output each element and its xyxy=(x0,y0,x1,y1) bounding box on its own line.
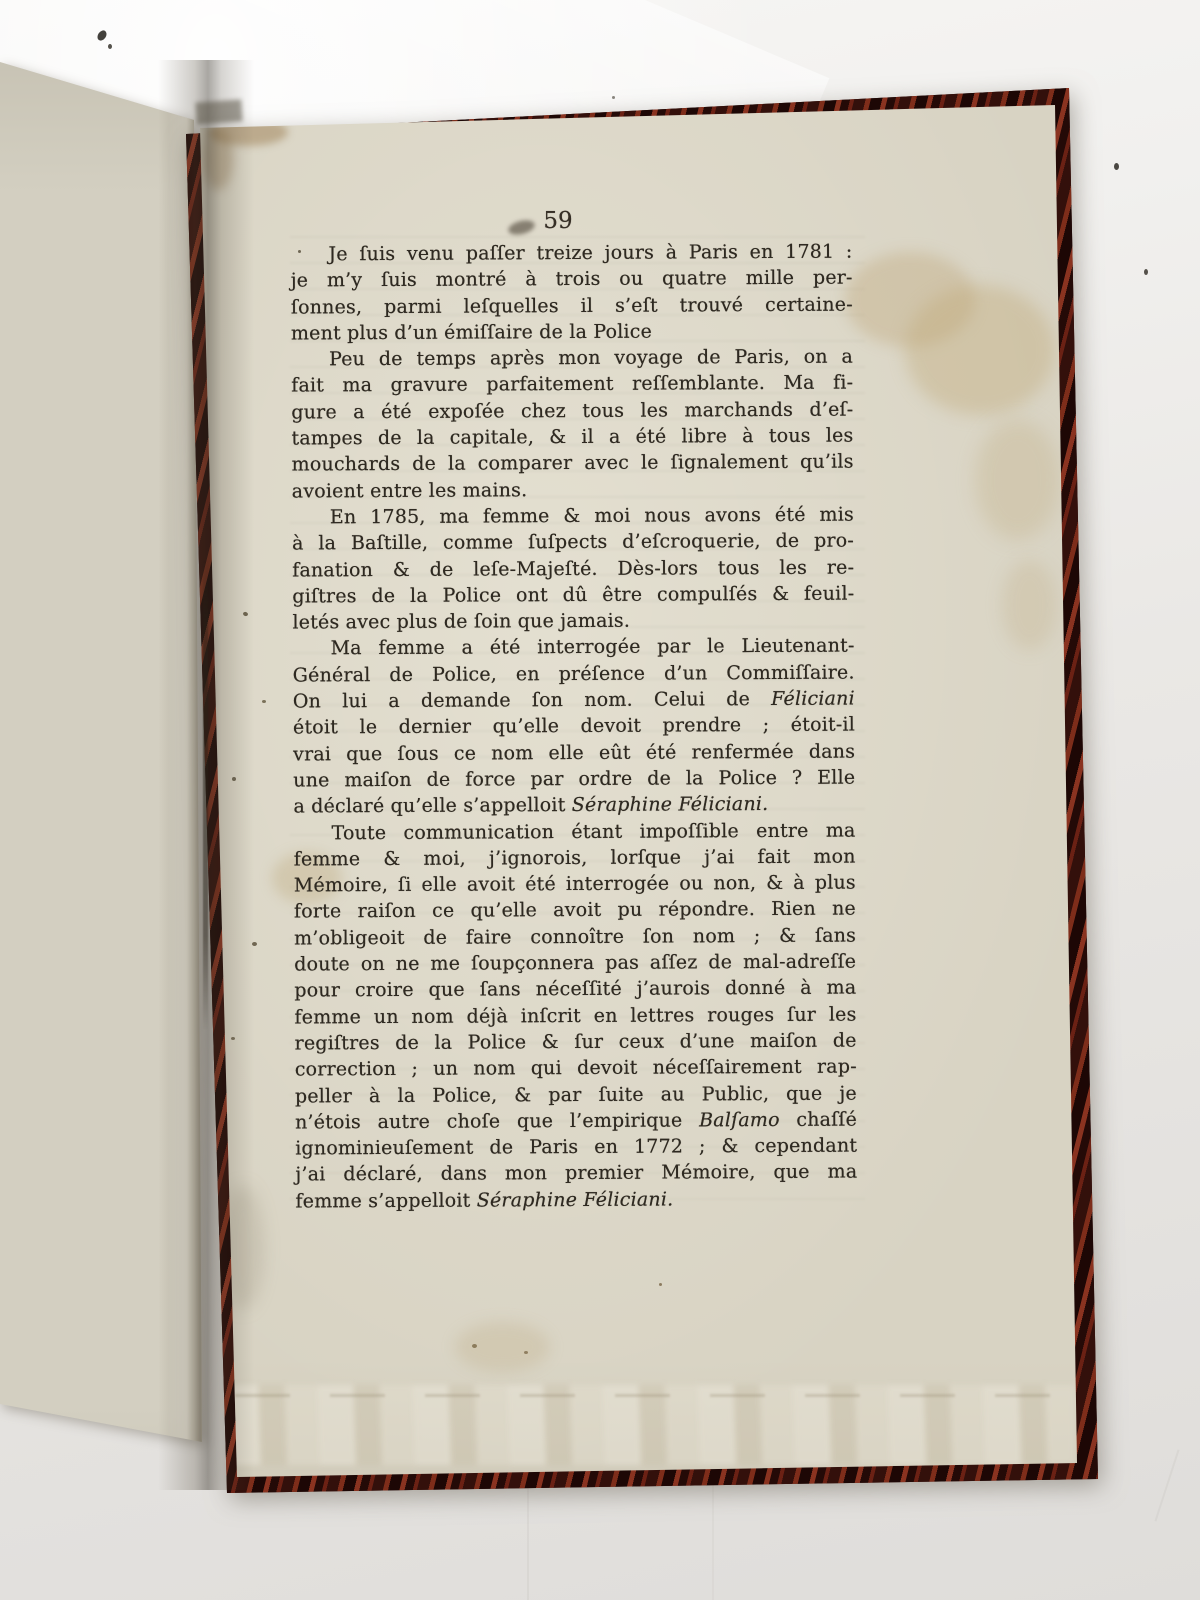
text-line: femme un nom déjà inſcrit en lettres rou… xyxy=(294,1001,856,1030)
text-segment: giſtres de la Police ont dû être compulſ… xyxy=(292,582,854,607)
stain xyxy=(905,285,1055,415)
paper-fleck xyxy=(524,1351,528,1354)
text-line: je m’y ſuis montré à trois ou quatre mil… xyxy=(291,265,853,294)
text-segment: Général de Police, en préſence d’un Comm… xyxy=(293,661,855,686)
text-segment: Toute communication étant impoſſible ent… xyxy=(331,819,855,844)
paper-fleck xyxy=(242,611,248,616)
text-segment: à la Baſtille, comme ſuſpects d’eſcroque… xyxy=(292,530,854,555)
paper-fleck xyxy=(231,1037,235,1040)
gutter-top-gap xyxy=(195,99,242,124)
text-line: vrai que ſous ce nom elle eût été renfer… xyxy=(293,738,855,767)
text-line: gure a été expoſée chez tous les marchan… xyxy=(291,396,853,425)
text-segment: étoit le dernier qu’elle devoit prendre … xyxy=(293,714,855,739)
text-line: ſonnes, parmi leſquelles il s’eſt trouvé… xyxy=(291,291,853,320)
corner-smudge xyxy=(203,128,233,190)
paper-fleck xyxy=(252,942,257,946)
text-segment: femme s’appelloit xyxy=(295,1189,476,1212)
text-line: ignominieuſement de Paris en 1772 ; & ce… xyxy=(295,1133,857,1162)
text-line: tampes de la capitale, & il a été libre … xyxy=(291,423,853,452)
text-line: j’ai déclaré, dans mon premier Mémoire, … xyxy=(295,1159,857,1188)
text-line: femme & moi, j’ignorois, lorſque j’ai fa… xyxy=(294,843,856,872)
text-segment: fait ma gravure parfaitement reſſemblant… xyxy=(291,372,853,397)
text-segment: j’ai déclaré, dans mon premier Mémoire, … xyxy=(295,1161,857,1186)
text-line: Mémoire, ſi elle avoit été interrogée ou… xyxy=(294,870,856,899)
text-segment: ment plus d’un émiſſaire de la Police xyxy=(291,320,652,344)
book-wrap: 59 Je ſuis venu paſſer treize jours à Pa… xyxy=(0,0,1200,1600)
italic-text: Séraphine Féliciani. xyxy=(477,1188,674,1211)
text-line: Toute communication étant impoſſible ent… xyxy=(293,817,855,846)
text-segment: m’obligeoit de faire connoître ſon nom ;… xyxy=(294,924,856,949)
text-segment: correction ; un nom qui devoit néceſſair… xyxy=(295,1056,857,1081)
text-line: peller à la Police, & par ſuite au Publi… xyxy=(295,1080,857,1109)
italic-text: Balſamo xyxy=(699,1109,780,1131)
paper-fleck xyxy=(659,1283,662,1286)
text-line: a déclaré qu’elle s’appelloit Séraphine … xyxy=(293,791,855,820)
text-segment: peller à la Police, & par ſuite au Publi… xyxy=(295,1082,857,1107)
text-line: une maiſon de force par ordre de la Poli… xyxy=(293,764,855,793)
text-line: Ma femme a été interrogée par le Lieuten… xyxy=(293,633,855,662)
text-line: correction ; un nom qui devoit néceſſair… xyxy=(295,1054,857,1083)
text-segment: Mémoire, ſi elle avoit été interrogée ou… xyxy=(294,872,856,897)
text-segment: vrai que ſous ce nom elle eût été renfer… xyxy=(293,740,855,765)
text-line: fait ma gravure parfaitement reſſemblant… xyxy=(291,370,853,399)
text-segment: a déclaré qu’elle s’appelloit xyxy=(293,794,571,817)
text-segment: femme un nom déjà inſcrit en lettres rou… xyxy=(294,1003,856,1028)
italic-text: Féliciani xyxy=(771,688,855,710)
stain xyxy=(455,1322,550,1372)
stain xyxy=(975,420,1060,540)
text-segment: ſonnes, parmi leſquelles il s’eſt trouvé… xyxy=(291,293,853,318)
text-segment: regiſtres de la Police & ſur ceux d’une … xyxy=(295,1029,857,1054)
stain xyxy=(1002,560,1057,650)
photograph-of-antique-book: & très-certainementchoix des moyens.ins … xyxy=(0,0,1200,1600)
text-segment: femme & moi, j’ignorois, lorſque j’ai fa… xyxy=(294,845,856,870)
text-line: doute on ne me ſoupçonnera pas aſſez de … xyxy=(294,949,856,978)
book-page-59: 59 Je ſuis venu paſſer treize jours à Pa… xyxy=(0,0,1200,1600)
text-segment: doute on ne me ſoupçonnera pas aſſez de … xyxy=(294,951,856,976)
text-segment: On lui a demande ſon nom. Celui de xyxy=(293,688,771,713)
text-segment: pour croire que ſans néceſſité j’aurois … xyxy=(294,977,856,1002)
text-line: giſtres de la Police ont dû être compulſ… xyxy=(292,580,854,609)
text-line: étoit le dernier qu’elle devoit prendre … xyxy=(293,712,855,741)
text-segment: une maiſon de force par ordre de la Poli… xyxy=(293,766,855,791)
text-segment: n’étois autre choſe que l’empirique xyxy=(295,1109,699,1133)
text-line: On lui a demande ſon nom. Celui de Félic… xyxy=(293,686,855,715)
text-line: Je ſuis venu paſſer treize jours à Paris… xyxy=(290,239,852,268)
text-line: ment plus d’un émiſſaire de la Police xyxy=(291,317,853,346)
text-line: fanation & de leſe-Majeſté. Dès-lors tou… xyxy=(292,554,854,583)
deckle-line xyxy=(235,1394,1065,1397)
text-line: pour croire que ſans néceſſité j’aurois … xyxy=(294,975,856,1004)
text-line: avoient entre les mains. xyxy=(292,475,854,504)
text-segment: Je ſuis venu paſſer treize jours à Paris… xyxy=(328,241,852,266)
text-line: En 1785, ma femme & moi nous avons été m… xyxy=(292,502,854,531)
text-segment: Peu de temps après mon voyage de Paris, … xyxy=(329,346,853,371)
gutter-sewing-line xyxy=(203,560,208,1030)
text-segment: En 1785, ma femme & moi nous avons été m… xyxy=(330,504,854,529)
text-segment: mouchards de la comparer avec le ſignale… xyxy=(292,451,854,476)
text-segment: chaſſé xyxy=(780,1108,857,1130)
text-segment: avoient entre les mains. xyxy=(292,479,528,502)
text-line: n’étois autre choſe que l’empirique Balſ… xyxy=(295,1106,857,1135)
page-number: 59 xyxy=(277,208,839,234)
text-segment: letés avec plus de ſoin que jamais. xyxy=(292,610,630,634)
text-segment: Ma femme a été interrogée par le Lieuten… xyxy=(331,635,855,660)
paper-fleck xyxy=(262,700,266,703)
text-line: m’obligeoit de faire connoître ſon nom ;… xyxy=(294,922,856,951)
text-line: Peu de temps après mon voyage de Paris, … xyxy=(291,344,853,373)
text-line: mouchards de la comparer avec le ſignale… xyxy=(292,449,854,478)
text-line: femme s’appelloit Séraphine Féliciani. xyxy=(295,1185,857,1214)
text-segment: tampes de la capitale, & il a été libre … xyxy=(291,425,853,450)
text-line: letés avec plus de ſoin que jamais. xyxy=(292,607,854,636)
deckle-texture xyxy=(225,1385,1075,1465)
text-segment: ignominieuſement de Paris en 1772 ; & ce… xyxy=(295,1135,857,1160)
italic-text: Séraphine Féliciani. xyxy=(572,793,769,816)
page-text: Je ſuis venu paſſer treize jours à Paris… xyxy=(290,239,857,1215)
text-segment: gure a été expoſée chez tous les marchan… xyxy=(291,398,853,423)
text-line: Général de Police, en préſence d’un Comm… xyxy=(293,659,855,688)
text-line: regiſtres de la Police & ſur ceux d’une … xyxy=(295,1027,857,1056)
paper-fleck xyxy=(472,1344,477,1348)
text-segment: forte raiſon ce qu’elle avoit pu répondr… xyxy=(294,898,856,923)
text-segment: je m’y ſuis montré à trois ou quatre mil… xyxy=(291,267,853,292)
text-line: à la Baſtille, comme ſuſpects d’eſcroque… xyxy=(292,528,854,557)
text-line: forte raiſon ce qu’elle avoit pu répondr… xyxy=(294,896,856,925)
paper-fleck xyxy=(232,777,236,781)
text-segment: fanation & de leſe-Majeſté. Dès-lors tou… xyxy=(292,556,854,581)
